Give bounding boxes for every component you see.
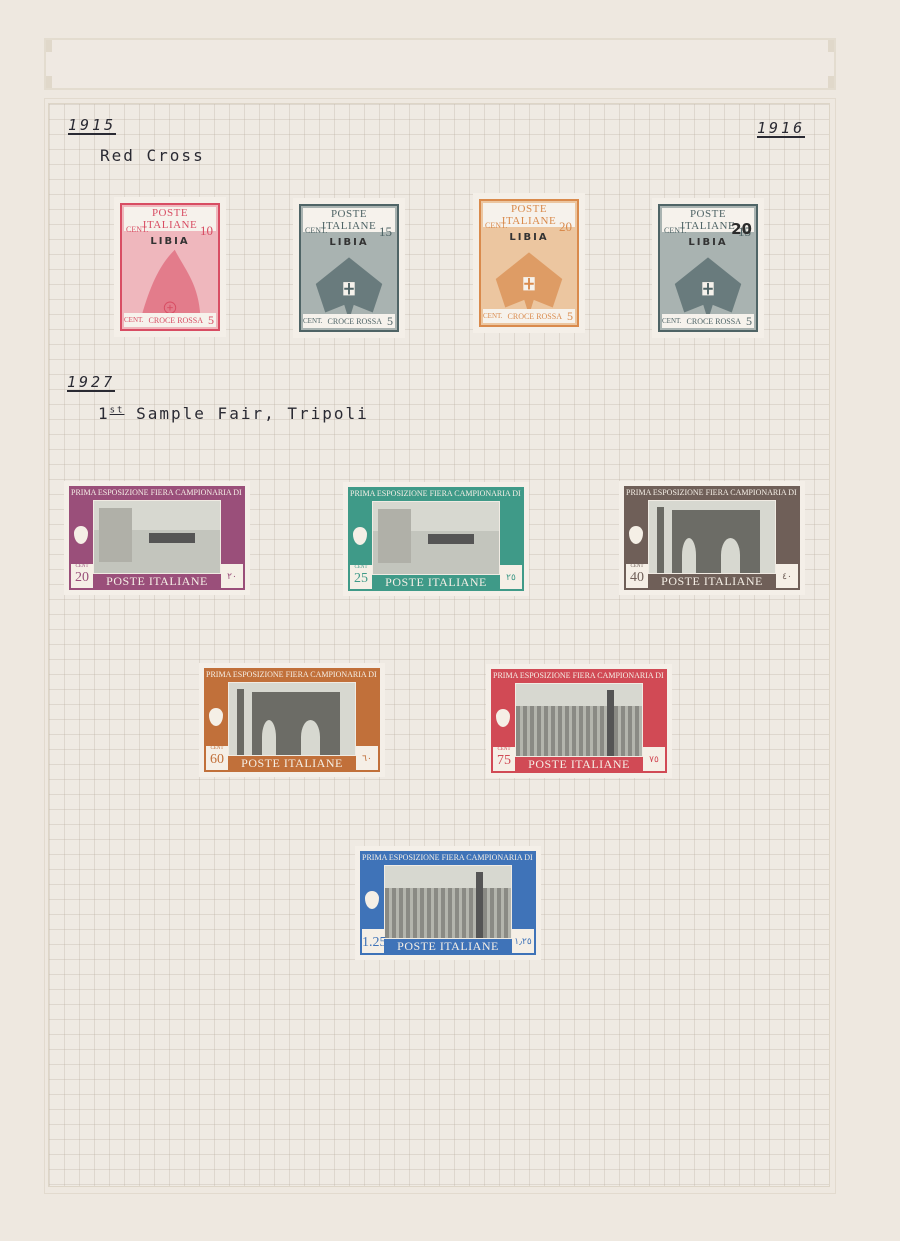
stamp-sample-fair-40: PRIMA ESPOSIZIONE FIERA CAMPIONARIA DI T… [619, 481, 805, 595]
clock-tower-icon [607, 690, 615, 756]
stamp-arabic-value: ٤٠ [776, 564, 798, 588]
stamp-red-cross-15: POSTE ITALIANE CENT. 15 LIBIA CENT.CROCE… [293, 198, 405, 338]
eagle-design-icon [491, 241, 567, 317]
stamp-value: CENT40 [626, 564, 648, 588]
palm-tree-icon [209, 708, 223, 726]
clock-tower-icon [476, 872, 484, 938]
stamp-footer: POSTE ITALIANE [230, 756, 354, 771]
arch-building-icon [672, 510, 760, 573]
minaret-icon [237, 689, 245, 755]
stamp-footer: POSTE ITALIANE [517, 757, 641, 772]
stamp-vignette [93, 500, 221, 574]
flag-design-icon [132, 245, 208, 321]
stamp-footer-value: 5 [567, 309, 575, 324]
stamp-vignette [648, 500, 776, 574]
stamp-arabic-value: ٧٥ [643, 747, 665, 771]
stamp-footer-value: 5 [387, 314, 395, 329]
stamp-footer: CROCE ROSSA [508, 312, 562, 321]
palm-tree-icon [365, 891, 379, 909]
stamp-value: CENT25 [350, 565, 372, 589]
section-caption-red-cross: Red Cross [100, 146, 205, 165]
stamp-footer-cent: CENT. [124, 316, 144, 324]
minaret-icon [657, 507, 665, 573]
year-heading-1916: 1916 [757, 121, 805, 138]
stamp-sample-fair-20: PRIMA ESPOSIZIONE FIERA CAMPIONARIA DI T… [64, 481, 250, 595]
stamp-footer-cent: CENT. [662, 317, 682, 325]
stamp-header: PRIMA ESPOSIZIONE FIERA CAMPIONARIA DI T… [362, 852, 534, 863]
stamp-header: PRIMA ESPOSIZIONE FIERA CAMPIONARIA DI T… [350, 488, 522, 499]
stamp-footer-cent: CENT. [303, 317, 323, 325]
stamp-vignette [384, 865, 512, 939]
stamp-value: CENT75 [493, 747, 515, 771]
stamp-overprint: LIBIA [122, 236, 218, 247]
stamp-footer: POSTE ITALIANE [386, 939, 510, 954]
stamp-sample-fair-25: PRIMA ESPOSIZIONE FIERA CAMPIONARIA DI T… [343, 482, 529, 596]
year-heading-1927: 1927 [67, 375, 115, 392]
stamp-footer: POSTE ITALIANE [650, 574, 774, 589]
album-title-box [44, 38, 836, 90]
stamp-cent-label: CENT. [485, 221, 507, 230]
stamp-footer: POSTE ITALIANE [374, 575, 498, 590]
stamp-footer: POSTE ITALIANE [95, 574, 219, 589]
stamp-header: PRIMA ESPOSIZIONE FIERA CAMPIONARIA DI T… [71, 487, 243, 498]
stamp-sample-fair-60: PRIMA ESPOSIZIONE FIERA CAMPIONARIA DI T… [199, 663, 385, 777]
stamp-header: PRIMA ESPOSIZIONE FIERA CAMPIONARIA DI T… [206, 669, 378, 680]
stamp-arabic-value: ٢٥ [500, 565, 522, 589]
stamp-footer-cent: CENT. [483, 312, 503, 320]
eagle-design-icon [311, 246, 387, 322]
ship-icon [149, 533, 194, 543]
palm-tree-icon [629, 526, 643, 544]
stamp-cent-label: CENT. [126, 225, 148, 234]
stamp-footer-value: 5 [208, 313, 216, 328]
stamp-footer: CROCE ROSSA [687, 317, 741, 326]
stamp-red-cross-20: POSTE ITALIANE CENT. 20 LIBIA CENT.CROCE… [473, 193, 585, 333]
stamp-footer: CROCE ROSSA [149, 316, 203, 325]
stamp-value: 1.25 [362, 929, 384, 953]
palm-tree-icon [353, 527, 367, 545]
city-view-icon [516, 706, 642, 756]
stamp-arabic-value: ١٫٢٥ [512, 929, 534, 953]
ship-icon [428, 534, 473, 544]
stamp-overprint: LIBIA [660, 237, 756, 248]
stamp-cent-label: CENT. [305, 226, 327, 235]
arch-building-icon [252, 692, 340, 755]
stamp-sample-fair-75: PRIMA ESPOSIZIONE FIERA CAMPIONARIA DI T… [486, 664, 672, 778]
stamp-footer: CROCE ROSSA [328, 317, 382, 326]
stamp-surcharge: 20 [731, 220, 752, 238]
stamp-vignette [515, 683, 643, 757]
palm-tree-icon [496, 709, 510, 727]
stamp-red-cross-10: POSTE ITALIANE CENT. 10 LIBIA CENT.CROCE… [114, 197, 226, 337]
stamp-footer-value: 5 [746, 314, 754, 329]
stamp-arabic-value: ٢٠ [221, 564, 243, 588]
stamp-cent-label: CENT. [664, 226, 686, 235]
stamp-vignette [228, 682, 356, 756]
section-caption-sample-fair: 1st Sample Fair, Tripoli [98, 404, 369, 423]
stamp-value: CENT20 [71, 564, 93, 588]
stamp-overprint: LIBIA [301, 237, 397, 248]
palm-tree-icon [74, 526, 88, 544]
stamp-header: PRIMA ESPOSIZIONE FIERA CAMPIONARIA DI T… [626, 487, 798, 498]
stamp-overprint: LIBIA [481, 232, 577, 243]
stamp-red-cross-15-surcharged-20: POSTE ITALIANE CENT. 15 LIBIA 20 CENT.CR… [652, 198, 764, 338]
city-view-icon [385, 888, 511, 938]
stamp-header: PRIMA ESPOSIZIONE FIERA CAMPIONARIA DI T… [493, 670, 665, 681]
stamp-value: CENT60 [206, 746, 228, 770]
eagle-design-icon [670, 246, 746, 322]
stamp-arabic-value: ٦٠ [356, 746, 378, 770]
stamp-sample-fair-1-25: PRIMA ESPOSIZIONE FIERA CAMPIONARIA DI T… [355, 846, 541, 960]
year-heading-1915: 1915 [68, 118, 116, 135]
stamp-vignette [372, 501, 500, 575]
